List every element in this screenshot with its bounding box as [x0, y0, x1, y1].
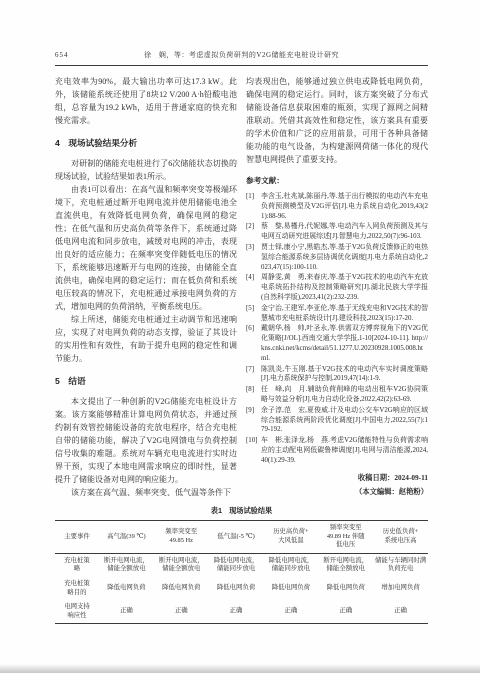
column-header: 低气温(-5 ℃): [209, 521, 264, 554]
table-cell: 断开电网电流， 储能全额放电: [154, 553, 209, 577]
reference-text: 周静雯,黄 勇,来春庆,等.基于V2G技术的电动汽车充放电系统拓扑结构及控制策略…: [261, 273, 428, 302]
results-table: 主要事件 高气温(39 ℃) 频率突变至 49.85 Hz 低气温(-5 ℃) …: [55, 520, 428, 624]
reference-item: [8] 任 峰,向 月.辅助负荷削峰的电动出租车V2G协同策略与效益分析[J].…: [246, 385, 428, 405]
column-header: 高气温(39 ℃): [99, 521, 154, 554]
paragraph-continuation: 均表现出色，能够通过独立供电或降低电网负荷，确保电网的稳定运行。同时，该方案突破…: [246, 75, 428, 166]
reference-number: [1]: [246, 192, 261, 221]
reference-text: 车 彬,张泽龙,杨 燕.考虑V2G储能特性与负荷需求响应的主动配电网低碳鲁棒调度…: [261, 436, 428, 465]
paragraph: 对研制的储能充电桩进行了6次储能状态切换的现场试验，试验结果如表1所示。: [55, 157, 237, 183]
table-cell: 正确: [263, 600, 318, 624]
reference-number: [6]: [246, 324, 261, 363]
received-date-value: 2024-09-11: [394, 473, 428, 482]
table-cell: 正确: [154, 600, 209, 624]
reference-text: 贾士铎,康小宁,黑皓杰,等.基于V2G负荷反馈修正的电热氢综合能源系统多层协调优…: [261, 243, 428, 272]
right-column: 均表现出色，能够通过独立供电或降低电网负荷，确保电网的稳定运行。同时，该方案突破…: [246, 75, 428, 499]
reference-item: [2] 蔡 黎,易槿丹,代妮娜,等.电动汽车入网负荷预测及其与电网互动研究进展综…: [246, 222, 428, 242]
reference-item: [4] 周静雯,黄 勇,来春庆,等.基于V2G技术的电动汽车充放电系统拓扑结构及…: [246, 273, 428, 302]
reference-text: 余子淳,范 宏,夏俊威.计及电动公交车V2G响应的区域综合能源系统两阶段优化调度…: [261, 406, 428, 435]
table-cell: 正确: [373, 600, 428, 624]
row-label: 充电桩策 略: [55, 553, 99, 577]
paragraph: 本文提出了一种创新的V2G储能充电桩设计方案。该方案能够精准计算电网负荷状态，并…: [55, 395, 237, 486]
reference-number: [8]: [246, 385, 261, 405]
page-number: 654: [55, 50, 69, 61]
section-heading-4: 4 现场试验结果分析: [55, 138, 237, 148]
reference-number: [9]: [246, 406, 261, 435]
reference-text: 金宁治,王建军,李亚伦,等.基于无线充电和V2G技术的智慧城市充电桩系统设计[J…: [261, 304, 428, 324]
reference-text: 任 峰,向 月.辅助负荷削峰的电动出租车V2G协同策略与效益分析[J].电力自动…: [261, 385, 428, 405]
table-cell: 正确: [99, 600, 154, 624]
table-cell: 降低电网负荷: [263, 577, 318, 600]
reference-number: [7]: [246, 365, 261, 385]
table-cell: 正确: [318, 600, 373, 624]
table-caption: 表1 现场试验结果: [55, 506, 428, 516]
running-head: 654 徐 娴，等：考虑虚拟负荷研判的V2G储能充电桩设计研究: [55, 50, 428, 61]
table-header-row: 主要事件 高气温(39 ℃) 频率突变至 49.85 Hz 低气温(-5 ℃) …: [55, 521, 428, 554]
reference-item: [10] 车 彬,张泽龙,杨 燕.考虑V2G储能特性与负荷需求响应的主动配电网低…: [246, 436, 428, 465]
paragraph: 综上所述，储能充电桩通过主动调节和迅速响应，实现了对电网负荷的动态支撑，验证了其…: [55, 313, 237, 365]
reference-item: [7] 陈凯炎,牛玉刚.基于V2G技术的电动汽车实时调度策略[J].电力系统保护…: [246, 365, 428, 385]
table-cell: 储能与车辆同时满 负荷充电: [373, 553, 428, 577]
reference-number: [3]: [246, 243, 261, 272]
reference-text: 李含玉,杜兆斌,陈丽丹,等.基于出行模拟的电动汽车充电负荷预测模型及V2G评估[…: [261, 192, 428, 221]
reference-item: [5] 金宁治,王建军,李亚伦,等.基于无线充电和V2G技术的智慧城市充电桩系统…: [246, 304, 428, 324]
reference-text: 戴朝华,杨 帅,叶圣永,等.供需双方博弈视角下的V2G优化策略[J/OL].西南…: [261, 324, 428, 363]
table-row: 电网支持 响应性 正确 正确 正确 正确 正确 正确: [55, 600, 428, 624]
page-edge-shadow: [0, 664, 480, 673]
table-cell: 降低电网负荷: [209, 577, 264, 600]
reference-item: [3] 贾士铎,康小宁,黑皓杰,等.基于V2G负荷反馈修正的电热氢综合能源系统多…: [246, 243, 428, 272]
left-column: 充电效率为90%，最大输出功率可达17.3 kW。此外，该储能系统还使用了8块1…: [55, 75, 237, 499]
reference-text: 陈凯炎,牛玉刚.基于V2G技术的电动汽车实时调度策略[J].电力系统保护与控制,…: [261, 365, 428, 385]
editor-note: （本文编辑：赵艳粉）: [246, 487, 428, 497]
table-row: 充电桩策 略 断开电网电流， 储能全额放电 断开电网电流， 储能全额放电 降低电…: [55, 553, 428, 577]
table-cell: 断开电网电流， 储能全额放电: [99, 553, 154, 577]
section-heading-5: 5 结语: [55, 376, 237, 386]
paper-page: 654 徐 娴，等：考虑虚拟负荷研判的V2G储能充电桩设计研究 充电效率为90%…: [0, 0, 480, 673]
table-cell: 降低电网电流， 储能同步放电: [263, 553, 318, 577]
row-label: 充电桩策 略目的: [55, 577, 99, 600]
reference-item: [1] 李含玉,杜兆斌,陈丽丹,等.基于出行模拟的电动汽车充电负荷预测模型及V2…: [246, 192, 428, 221]
table-cell: 正确: [209, 600, 264, 624]
reference-item: [6] 戴朝华,杨 帅,叶圣永,等.供需双方博弈视角下的V2G优化策略[J/OL…: [246, 324, 428, 363]
row-label: 电网支持 响应性: [55, 600, 99, 624]
two-column-body: 充电效率为90%，最大输出功率可达17.3 kW。此外，该储能系统还使用了8块1…: [55, 75, 428, 499]
received-date-label: 收稿日期：: [358, 473, 394, 482]
column-header: 频率突变至 49.89 Hz 伴随 低电压: [318, 521, 373, 554]
running-title: 徐 娴，等：考虑虚拟负荷研判的V2G储能充电桩设计研究: [55, 50, 428, 61]
reference-number: [2]: [246, 222, 261, 242]
table-cell: 增加电网负荷: [373, 577, 428, 600]
reference-item: [9] 余子淳,范 宏,夏俊威.计及电动公交车V2G响应的区域综合能源系统两阶段…: [246, 406, 428, 435]
table-row: 充电桩策 略目的 降低电网负荷 降低电网负荷 降低电网负荷 降低电网负荷 降低电…: [55, 577, 428, 600]
column-header: 频率突变至 49.85 Hz: [154, 521, 209, 554]
column-header: 历史低负荷+ 系统电压高: [373, 521, 428, 554]
table-1-block: 表1 现场试验结果 主要事件 高气温(39 ℃) 频率突变至 49.85 Hz …: [55, 506, 428, 624]
reference-number: [5]: [246, 304, 261, 324]
column-header: 历史高负荷+ 大风低温: [263, 521, 318, 554]
table-cell: 断开电网电流， 储能全额放电: [318, 553, 373, 577]
paragraph-continuation: 充电效率为90%，最大输出功率可达17.3 kW。此外，该储能系统还使用了8块1…: [55, 75, 237, 127]
header-divider: [55, 65, 428, 66]
table-cell: 降低电网负荷: [318, 577, 373, 600]
reference-number: [10]: [246, 436, 261, 465]
references-heading: 参考文献：: [246, 175, 428, 186]
paragraph: 由表1可以看出：在高气温和频率突变等极端环境下，充电桩通过断开电网电流并使用储能…: [55, 183, 237, 313]
column-header: 主要事件: [55, 521, 99, 554]
reference-text: 蔡 黎,易槿丹,代妮娜,等.电动汽车入网负荷预测及其与电网互动研究进展综述[J]…: [261, 222, 428, 242]
table-cell: 降低电网负荷: [99, 577, 154, 600]
received-date: 收稿日期：2024-09-11: [246, 473, 428, 483]
table-cell: 降低电网电流， 储能同步放电: [209, 553, 264, 577]
reference-number: [4]: [246, 273, 261, 302]
table-cell: 降低电网负荷: [154, 577, 209, 600]
paragraph: 该方案在高气温、频率突变、低气温等条件下: [55, 486, 237, 499]
